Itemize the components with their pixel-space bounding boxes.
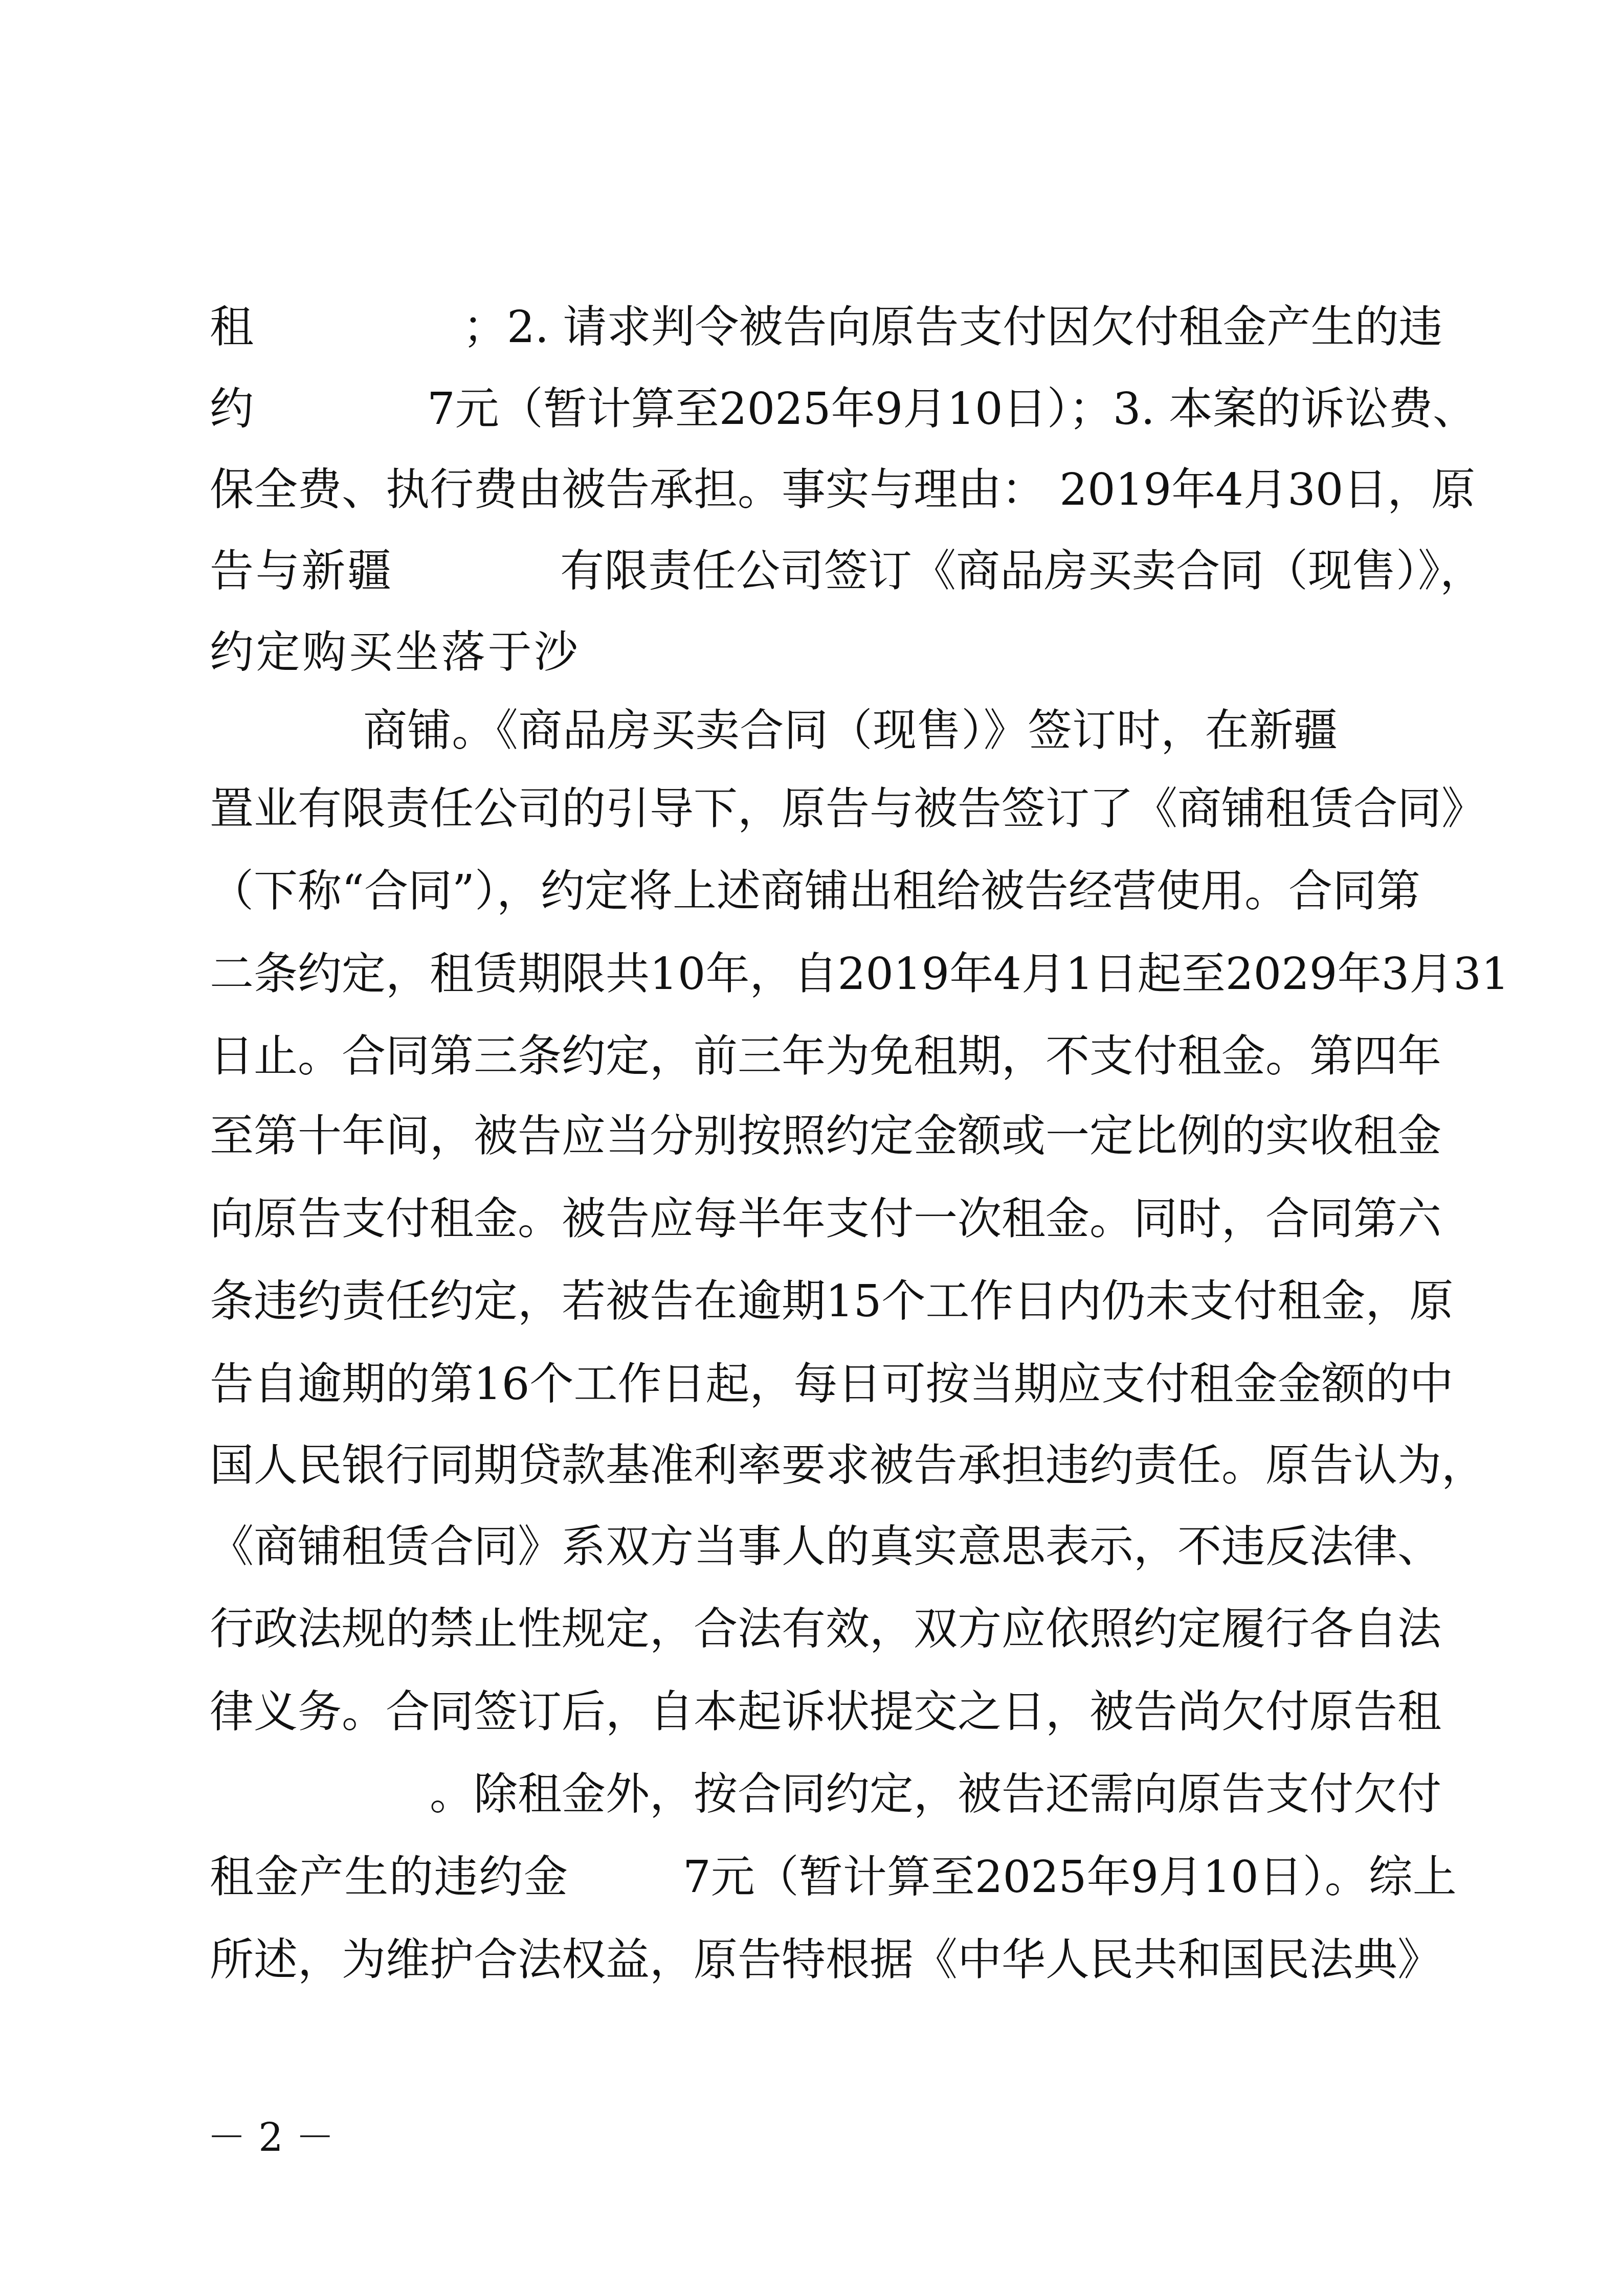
text-line: 律义务。合同签订后，自本起诉状提交之日，被告尚欠付原告租 xyxy=(0,1671,1624,1753)
text-segment: 租 xyxy=(210,286,256,368)
text-segment: 约定购买坐落于沙 xyxy=(210,612,578,693)
text-segment: 。除租金外，按合同约定，被告还需向原告支付欠付 xyxy=(430,1753,1414,1835)
text-segment: 日止。合同第三条约定，前三年为免租期，不支付租金。第四年 xyxy=(210,1016,1414,1097)
text-segment: 向原告支付租金。被告应每半年支付一次租金。同时，合同第六 xyxy=(210,1178,1414,1260)
text-line: （下称“合同”），约定将上述商铺出租给被告经营使用。合同第 xyxy=(0,850,1624,932)
text-segment: 告自逾期的第16个工作日起，每日可按当期应支付租金金额的中 xyxy=(210,1343,1414,1425)
text-line: 商铺。《商品房买卖合同（现售）》签订时，在新疆 xyxy=(0,690,1624,772)
text-segment: 条违约责任约定，若被告在逾期15个工作日内仍未支付租金，原 xyxy=(210,1260,1414,1342)
text-line: 约定购买坐落于沙 xyxy=(0,612,1624,693)
text-segment: 国人民银行同期贷款基准利率要求被告承担违约责任。原告认为， xyxy=(210,1425,1414,1506)
text-segment: ；2. 请求判令被告向原告支付因欠付租金产生的违 xyxy=(463,286,1414,368)
text-line: 约7元（暂计算至2025年9月10日）；3. 本案的诉讼费、 xyxy=(0,368,1624,450)
text-line: 至第十年间，被告应当分别按照约定金额或一定比例的实收租金 xyxy=(0,1095,1624,1177)
text-segment: 有限责任公司签订《商品房买卖合同（现售）》， xyxy=(560,530,1414,612)
page-number: － 2 － xyxy=(207,2114,335,2160)
text-line: 向原告支付租金。被告应每半年支付一次租金。同时，合同第六 xyxy=(0,1178,1624,1260)
text-line: 所述，为维护合法权益，原告特根据《中华人民共和国民法典》 xyxy=(0,1919,1624,2001)
text-line: 租；2. 请求判令被告向原告支付因欠付租金产生的违 xyxy=(0,286,1624,368)
text-segment: 租金产生的违约金 xyxy=(210,1836,568,1918)
text-segment: 告与新疆 xyxy=(210,530,391,612)
text-segment: 二条约定，租赁期限共10年，自2019年4月1日起至2029年3月31 xyxy=(210,933,1414,1015)
text-line: 二条约定，租赁期限共10年，自2019年4月1日起至2029年3月31 xyxy=(0,933,1624,1015)
text-line: 《商铺租赁合同》系双方当事人的真实意思表示，不违反法律、 xyxy=(0,1506,1624,1588)
text-line: 告自逾期的第16个工作日起，每日可按当期应支付租金金额的中 xyxy=(0,1343,1624,1425)
text-segment: 至第十年间，被告应当分别按照约定金额或一定比例的实收租金 xyxy=(210,1095,1414,1177)
text-segment: 约 xyxy=(210,368,256,450)
text-segment: 保全费、执行费由被告承担。事实与理由： 2019年4月30日，原 xyxy=(210,449,1414,531)
text-line: 置业有限责任公司的引导下，原告与被告签订了《商铺租赁合同》 xyxy=(0,768,1624,850)
text-segment: 7元（暂计算至2025年9月10日）；3. 本案的诉讼费、 xyxy=(427,368,1401,450)
text-line: 租金产生的违约金7元（暂计算至2025年9月10日）。综上 xyxy=(0,1836,1624,1918)
text-line: 行政法规的禁止性规定，合法有效，双方应依照约定履行各自法 xyxy=(0,1588,1624,1670)
text-line: 保全费、执行费由被告承担。事实与理由： 2019年4月30日，原 xyxy=(0,449,1624,531)
text-segment: 行政法规的禁止性规定，合法有效，双方应依照约定履行各自法 xyxy=(210,1588,1414,1670)
text-segment: 置业有限责任公司的引导下，原告与被告签订了《商铺租赁合同》 xyxy=(210,768,1414,850)
text-line: 日止。合同第三条约定，前三年为免租期，不支付租金。第四年 xyxy=(0,1016,1624,1097)
text-segment: 所述，为维护合法权益，原告特根据《中华人民共和国民法典》 xyxy=(210,1919,1407,2001)
text-line: 。除租金外，按合同约定，被告还需向原告支付欠付 xyxy=(0,1753,1624,1835)
text-segment: 商铺。《商品房买卖合同（现售）》签订时，在新疆 xyxy=(363,690,1338,772)
text-line: 条违约责任约定，若被告在逾期15个工作日内仍未支付租金，原 xyxy=(0,1260,1624,1342)
text-line: 告与新疆有限责任公司签订《商品房买卖合同（现售）》， xyxy=(0,530,1624,612)
text-segment: 律义务。合同签订后，自本起诉状提交之日，被告尚欠付原告租 xyxy=(210,1671,1414,1753)
document-page: 租；2. 请求判令被告向原告支付因欠付租金产生的违约7元（暂计算至2025年9月… xyxy=(0,0,1624,2296)
text-segment: 7元（暂计算至2025年9月10日）。综上 xyxy=(683,1836,1414,1918)
text-segment: （下称“合同”），约定将上述商铺出租给被告经营使用。合同第 xyxy=(210,850,1414,932)
text-segment: 《商铺租赁合同》系双方当事人的真实意思表示，不违反法律、 xyxy=(210,1506,1401,1588)
text-line: 国人民银行同期贷款基准利率要求被告承担违约责任。原告认为， xyxy=(0,1425,1624,1506)
